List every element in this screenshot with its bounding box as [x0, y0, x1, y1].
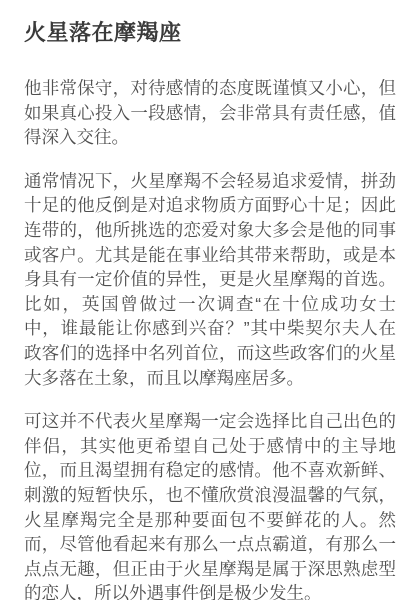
article-paragraph-pursuit: 通常情况下，火星摩羯不会轻易追求爱情，拼劲十足的他反倒是对追求物质方面野心十足；… — [24, 169, 396, 390]
article-paragraph-intro: 他非常保守，对待感情的态度既谨慎又小心，但如果真心投入一段感情，会非常具有责任感… — [24, 76, 396, 150]
article-paragraph-partner: 可这并不代表火星摩羯一定会选择比自己出色的伴侣，其实他更希望自己处于感情中的主导… — [24, 409, 396, 600]
article-title: 火星落在摩羯座 — [24, 18, 396, 48]
article-page: 火星落在摩羯座 他非常保守，对待感情的态度既谨慎又小心，但如果真心投入一段感情，… — [0, 0, 420, 600]
